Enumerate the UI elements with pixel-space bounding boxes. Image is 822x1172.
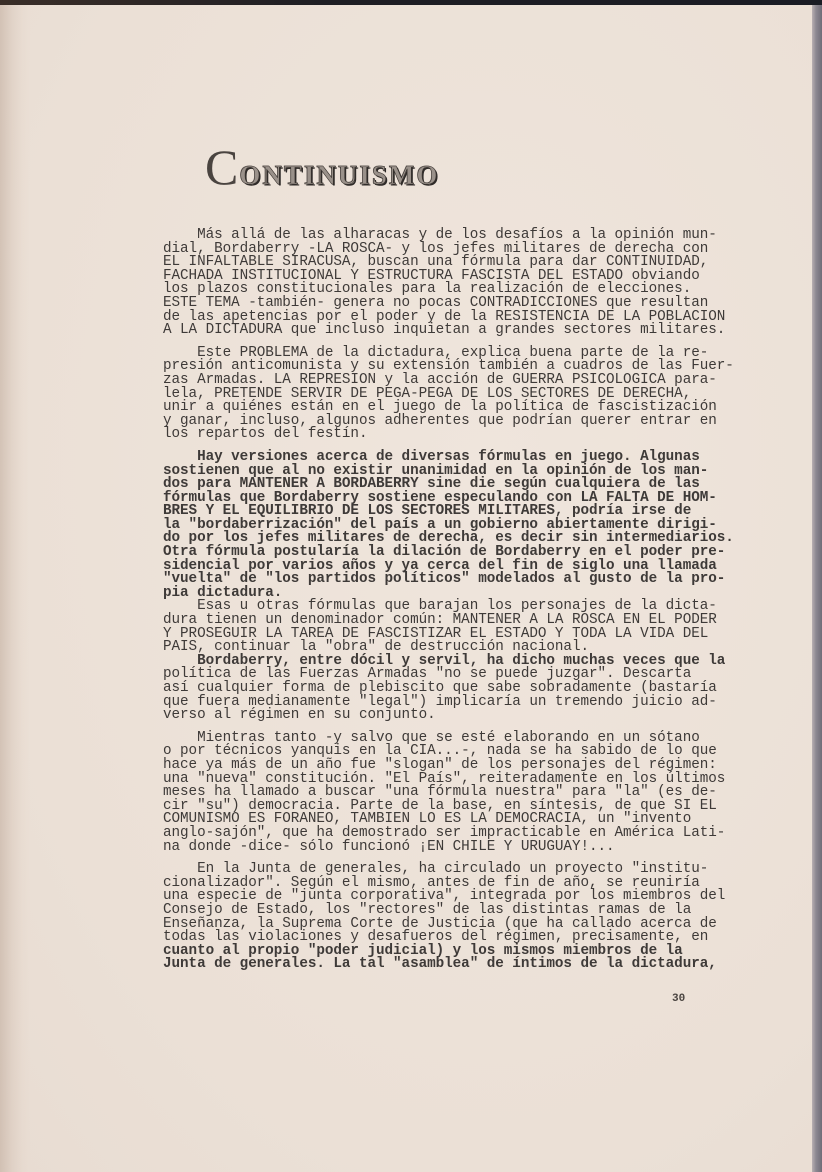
paragraph: Este PROBLEMA de la dictadura, explica b… [163, 347, 733, 442]
paragraph: Mientras tanto -y salvo que se esté elab… [163, 732, 733, 854]
text-line: los repartos del festín. [163, 428, 733, 442]
page-title: CONTINUISMO [205, 138, 439, 196]
page-number: 30 [672, 993, 685, 1005]
text-line: verso al régimen en su conjunto. [163, 709, 733, 723]
paragraph: Esas u otras fórmulas que barajan los pe… [163, 600, 733, 654]
title-initial: C [205, 139, 239, 195]
paragraph: Más allá de las alharacas y de los desaf… [163, 229, 733, 338]
title-rest: ONTINUISMO [239, 160, 439, 190]
paragraph: Hay versiones acerca de diversas fórmula… [163, 451, 733, 601]
paragraph: Bordaberry, entre dócil y servil, ha dic… [163, 655, 733, 723]
text-line: na donde -dice- sólo funcionó ¡EN CHILE … [163, 841, 733, 855]
document-page: CONTINUISMO Más allá de las alharacas y … [0, 5, 812, 1172]
body-text: Más allá de las alharacas y de los desaf… [163, 229, 733, 972]
text-line: A LA DICTADURA que incluso inquietan a g… [163, 324, 733, 338]
text-line: Junta de generales. La tal "asamblea" de… [163, 958, 733, 972]
page-stack-edge [812, 5, 822, 1172]
paragraph: En la Junta de generales, ha circulado u… [163, 863, 733, 972]
